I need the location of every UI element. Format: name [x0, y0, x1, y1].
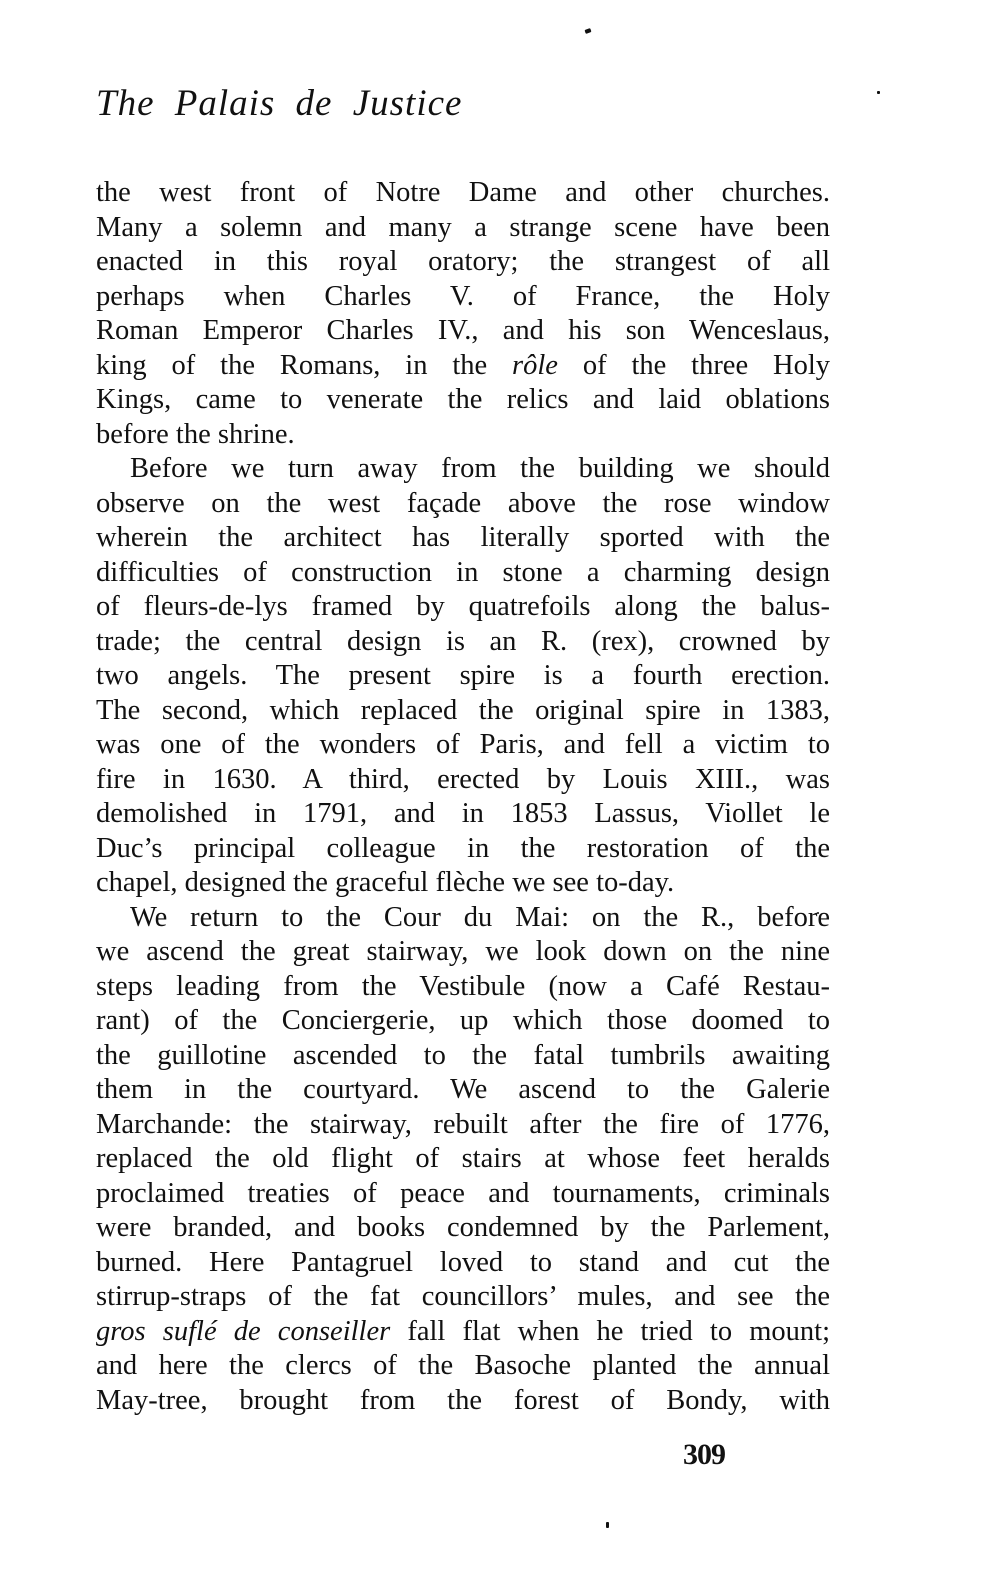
text-line: of fleurs-de-lys framed by quatrefoils a…	[96, 590, 830, 625]
text-line: Marchande: the stairway, rebuilt after t…	[96, 1108, 830, 1143]
text-line: Before we turn away from the building we…	[96, 452, 830, 487]
text-line: rant) of the Conciergerie, up which thos…	[96, 1004, 830, 1039]
text-line: was one of the wonders of Paris, and fel…	[96, 728, 830, 763]
text-line: Many a solemn and many a strange scene h…	[96, 211, 830, 246]
text-line: difficulties of construction in stone a …	[96, 556, 830, 591]
text-line: We return to the Cour du Mai: on the R.,…	[96, 901, 830, 936]
text-line: steps leading from the Vestibule (now a …	[96, 970, 830, 1005]
text-line: trade; the central design is an R. (rex)…	[96, 625, 830, 660]
italic-phrase: gros suflé de conseiller	[96, 1316, 390, 1347]
scan-speck-mark	[877, 91, 880, 94]
body-text: the west front of Notre Dame and other c…	[96, 176, 830, 1418]
italic-phrase: rôle	[512, 350, 558, 381]
text-line: wherein the architect has literally spor…	[96, 521, 830, 556]
text-line: Kings, came to venerate the relics and l…	[96, 383, 830, 418]
scan-speck-mark	[817, 912, 819, 914]
text-line: proclaimed treaties of peace and tournam…	[96, 1177, 830, 1212]
text-line: them in the courtyard. We ascend to the …	[96, 1073, 830, 1108]
book-page: The Palais de Justice the west front of …	[0, 0, 1000, 1575]
text-line: two angels. The present spire is a fourt…	[96, 659, 830, 694]
text-line: before the shrine.	[96, 418, 830, 453]
text-line: The second, which replaced the original …	[96, 694, 830, 729]
text-line: enacted in this royal oratory; the stran…	[96, 245, 830, 280]
text-line: replaced the old flight of stairs at who…	[96, 1142, 830, 1177]
text-line: we ascend the great stairway, we look do…	[96, 935, 830, 970]
text-line: burned. Here Pantagruel loved to stand a…	[96, 1246, 830, 1281]
text-line: chapel, designed the graceful flèche we …	[96, 866, 830, 901]
text-line: the west front of Notre Dame and other c…	[96, 176, 830, 211]
text-line: stirrup-straps of the fat councillors’ m…	[96, 1280, 830, 1315]
text-line: Roman Emperor Charles IV., and his son W…	[96, 314, 830, 349]
text-line: May-tree, brought from the forest of Bon…	[96, 1384, 830, 1419]
text-line: gros suflé de conseiller fall flat when …	[96, 1315, 830, 1350]
text-line: observe on the west façade above the ros…	[96, 487, 830, 522]
running-head: The Palais de Justice	[96, 82, 462, 125]
page-number: 309	[683, 1438, 725, 1472]
text-line: Duc’s principal colleague in the restora…	[96, 832, 830, 867]
text-line: the guillotine ascended to the fatal tum…	[96, 1039, 830, 1074]
text-line: perhaps when Charles V. of France, the H…	[96, 280, 830, 315]
text-line: demolished in 1791, and in 1853 Lassus, …	[96, 797, 830, 832]
scan-speck-mark	[584, 28, 591, 34]
text-line: king of the Romans, in the rôle of the t…	[96, 349, 830, 384]
text-line: fire in 1630. A third, erected by Louis …	[96, 763, 830, 798]
scan-speck-mark	[606, 1522, 609, 1528]
text-line: were branded, and books condemned by the…	[96, 1211, 830, 1246]
text-line: and here the clercs of the Basoche plant…	[96, 1349, 830, 1384]
